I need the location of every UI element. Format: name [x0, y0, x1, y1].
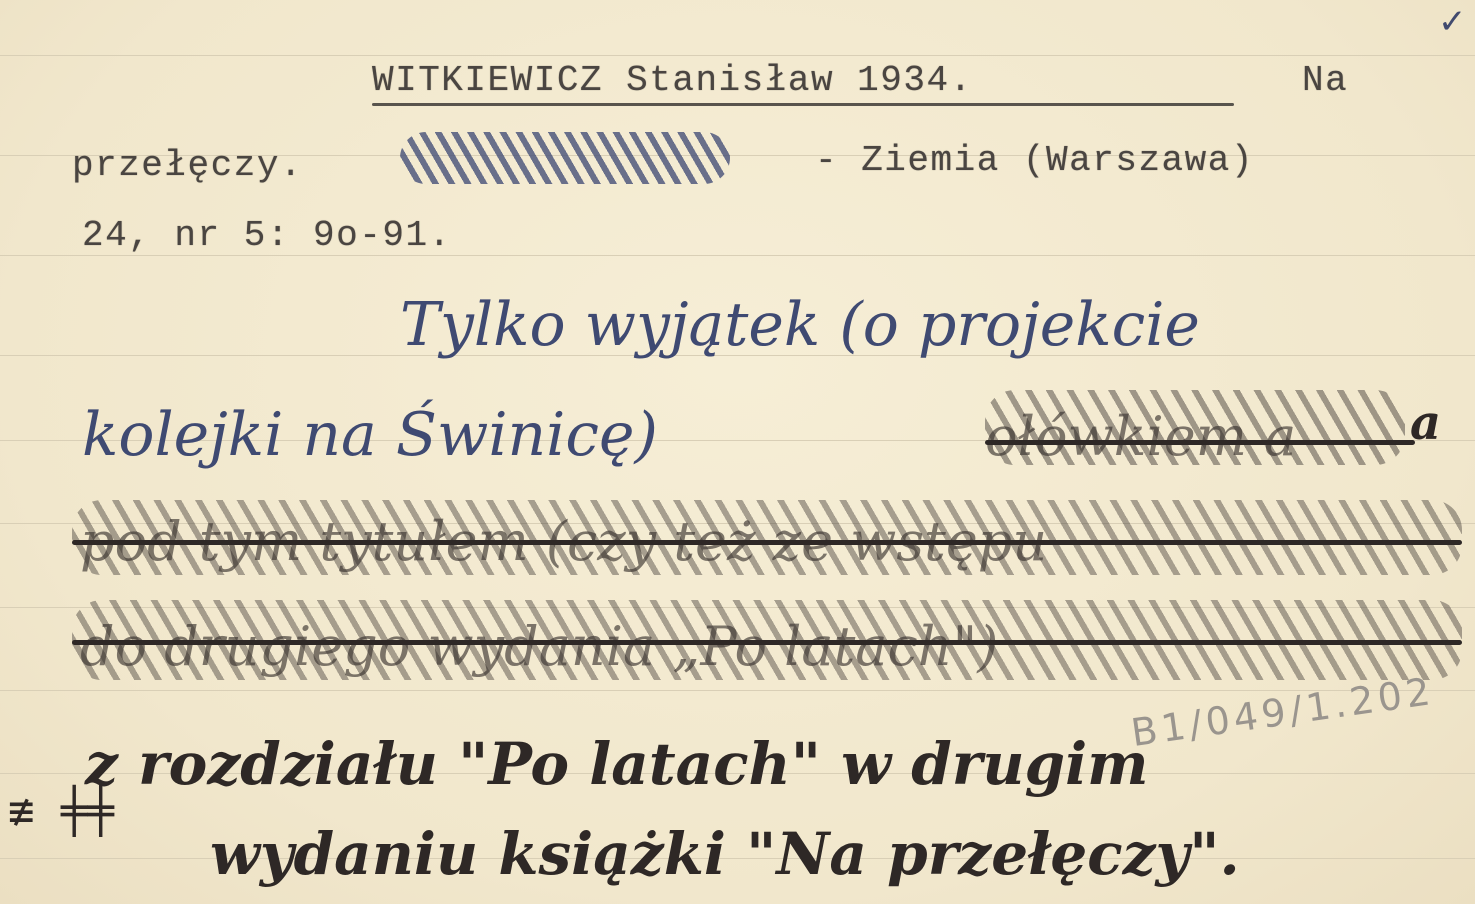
ruled-line: [0, 690, 1475, 691]
strike-line3: [72, 540, 1462, 545]
strike-line2: [985, 440, 1415, 445]
typed-title-start: Na: [1302, 60, 1348, 101]
handwritten-note-line6: wydaniu książki "Na przełęczy".: [210, 820, 1240, 888]
pencil-shelfmark: B1/049/1.202: [1128, 669, 1436, 755]
ruled-line: [0, 55, 1475, 56]
handwritten-note-line1: Tylko wyjątek (o projekcie: [400, 290, 1200, 360]
typed-author-heading: WITKIEWICZ Stanisław 1934.: [372, 60, 973, 101]
typed-volume-pages: 24, nr 5: 9o-91.: [82, 215, 452, 256]
handwritten-note-line2: kolejki na Świnicę): [82, 400, 658, 470]
typed-title-continued: przełęczy.: [72, 145, 303, 186]
author-underline: [372, 103, 1234, 106]
catalog-card: ✓ WITKIEWICZ Stanisław 1934. Na przełęcz…: [0, 0, 1475, 904]
strike-line4: [72, 640, 1462, 645]
typed-source: - Ziemia (Warszawa): [815, 140, 1254, 181]
handwritten-note-line5: z rozdziału "Po latach" w drugim: [85, 730, 1148, 798]
check-mark-icon: ✓: [1438, 2, 1467, 42]
scribble-over-line3: [72, 500, 1462, 575]
scribble-over-line2: [985, 390, 1405, 465]
handwritten-note-a: a: [1410, 395, 1441, 451]
crossed-out-typed-text: [400, 132, 730, 184]
tally-mark-icon: ≢ ╪╪: [8, 790, 114, 834]
